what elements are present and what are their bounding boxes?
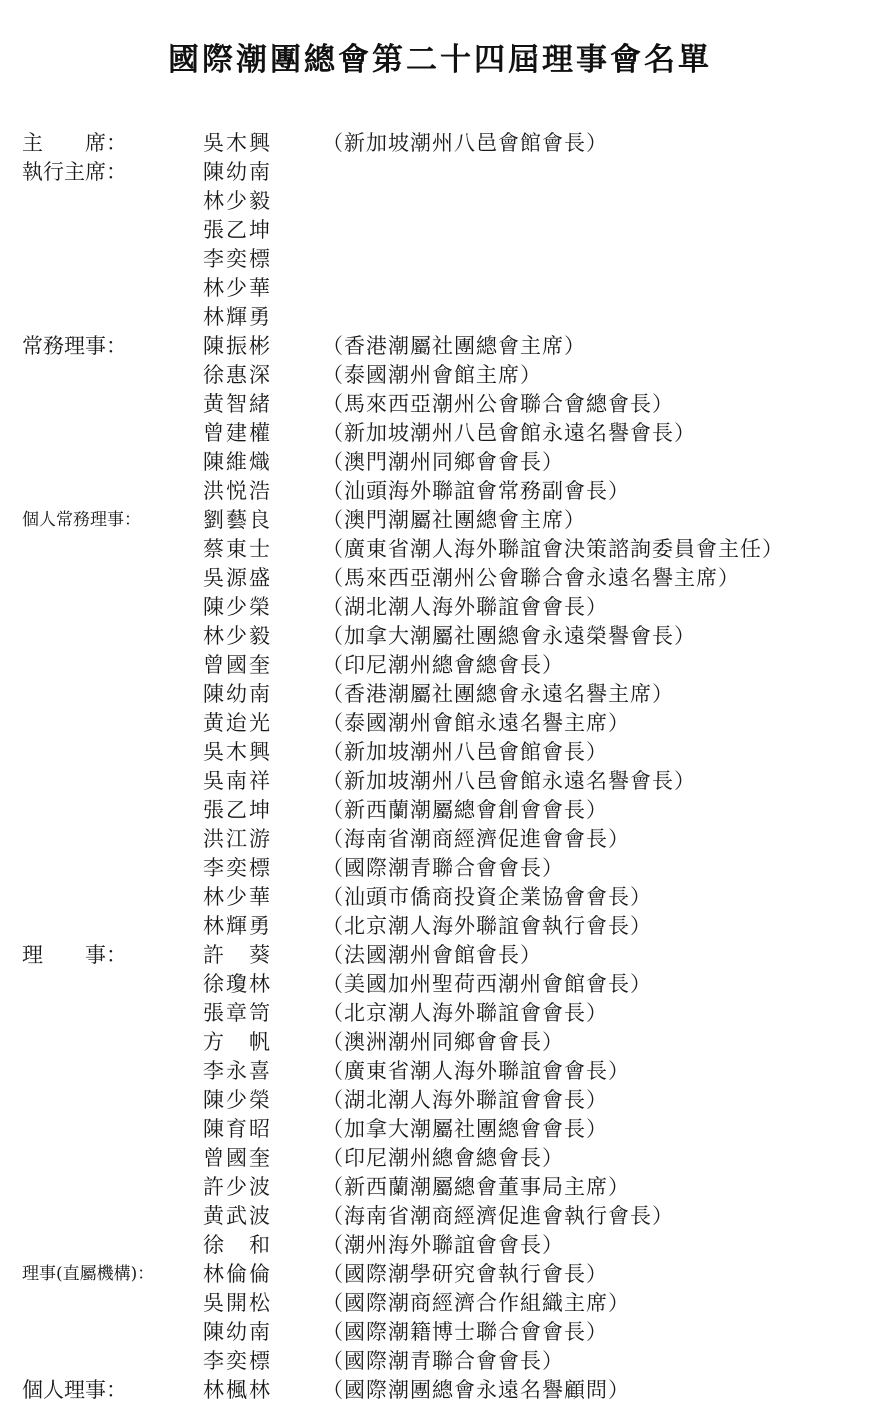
member-name: 陳幼南 (203, 680, 272, 709)
member-organization: （印尼潮州總會總會長） (322, 1144, 564, 1173)
roster-row: 黄武波（海南省潮商經濟促進會執行會長） (0, 1202, 880, 1231)
member-organization: （新加坡潮州八邑會館永遠名譽會長） (322, 767, 696, 796)
member-organization: （汕頭海外聯誼會常務副會長） (322, 477, 630, 506)
roster-row: 陳維熾（澳門潮州同鄉會會長） (0, 448, 880, 477)
member-organization: （加拿大潮屬社團總會會長） (322, 1115, 608, 1144)
member-name: 李奕標 (203, 854, 272, 883)
member-name: 徐瓊林 (203, 970, 272, 999)
member-name: 陳少榮 (203, 1086, 272, 1115)
member-organization: （國際潮青聯合會會長） (322, 854, 564, 883)
position-label: 理事(直屬機構)： (22, 1260, 154, 1289)
member-name: 陳振彬 (203, 332, 272, 361)
member-name: 方 帆 (203, 1028, 272, 1057)
roster-row: 陳少榮（湖北潮人海外聯誼會會長） (0, 1086, 880, 1115)
member-organization: （湖北潮人海外聯誼會會長） (322, 593, 608, 622)
council-roster: 主 席：吳木興（新加坡潮州八邑會館會長）執行主席：陳幼南林少毅張乙坤李奕標林少華… (0, 129, 880, 1405)
member-name: 張乙坤 (203, 216, 272, 245)
roster-row: 林少華（汕頭市僑商投資企業協會會長） (0, 883, 880, 912)
roster-row: 陳育昭（加拿大潮屬社團總會會長） (0, 1115, 880, 1144)
position-label: 執行主席： (22, 158, 127, 187)
roster-row: 李奕標（國際潮青聯合會會長） (0, 854, 880, 883)
roster-row: 徐 和（潮州海外聯誼會會長） (0, 1231, 880, 1260)
roster-row: 常務理事：陳振彬（香港潮屬社團總會主席） (0, 332, 880, 361)
member-organization: （海南省潮商經濟促進會執行會長） (322, 1202, 674, 1231)
member-organization: （國際潮團總會永遠名譽顧問） (322, 1376, 630, 1405)
roster-row: 張乙坤（新西蘭潮屬總會創會會長） (0, 796, 880, 825)
member-organization: （國際潮學研究會執行會長） (322, 1260, 608, 1289)
roster-row: 林少毅（加拿大潮屬社團總會永遠榮譽會長） (0, 622, 880, 651)
member-name: 陳少榮 (203, 593, 272, 622)
member-name: 陳幼南 (203, 1318, 272, 1347)
roster-row: 主 席：吳木興（新加坡潮州八邑會館會長） (0, 129, 880, 158)
member-organization: （北京潮人海外聯誼會會長） (322, 999, 608, 1028)
member-organization: （新加坡潮州八邑會館會長） (322, 129, 608, 158)
member-name: 李奕標 (203, 1347, 272, 1376)
member-organization: （加拿大潮屬社團總會永遠榮譽會長） (322, 622, 696, 651)
member-organization: （泰國潮州會館主席） (322, 361, 542, 390)
member-organization: （廣東省潮人海外聯誼會會長） (322, 1057, 630, 1086)
member-name: 蔡東士 (203, 535, 272, 564)
member-organization: （北京潮人海外聯誼會執行會長） (322, 912, 652, 941)
roster-row: 洪江游（海南省潮商經濟促進會會長） (0, 825, 880, 854)
roster-row: 林少毅 (0, 187, 880, 216)
member-organization: （新西蘭潮屬總會董事局主席） (322, 1173, 630, 1202)
roster-row: 理 事：許 葵（法國潮州會館會長） (0, 941, 880, 970)
member-name: 徐 和 (203, 1231, 272, 1260)
member-organization: （馬來西亞潮州公會聯合會總會長） (322, 390, 674, 419)
member-organization: （香港潮屬社團總會永遠名譽主席） (322, 680, 674, 709)
member-name: 吳木興 (203, 129, 272, 158)
member-name: 林少毅 (203, 187, 272, 216)
roster-row: 黄智緒（馬來西亞潮州公會聯合會總會長） (0, 390, 880, 419)
roster-row: 曾國奎（印尼潮州總會總會長） (0, 1144, 880, 1173)
member-name: 張乙坤 (203, 796, 272, 825)
member-organization: （澳門潮州同鄉會會長） (322, 448, 564, 477)
member-organization: （國際潮青聯合會會長） (322, 1347, 564, 1376)
roster-row: 吳源盛（馬來西亞潮州公會聯合會永遠名譽主席） (0, 564, 880, 593)
roster-row: 林輝勇（北京潮人海外聯誼會執行會長） (0, 912, 880, 941)
member-name: 吳南祥 (203, 767, 272, 796)
member-name: 曾國奎 (203, 651, 272, 680)
roster-row: 陳少榮（湖北潮人海外聯誼會會長） (0, 593, 880, 622)
member-name: 吳木興 (203, 738, 272, 767)
roster-row: 陳幼南（香港潮屬社團總會永遠名譽主席） (0, 680, 880, 709)
roster-row: 方 帆（澳洲潮州同鄉會會長） (0, 1028, 880, 1057)
member-name: 曾國奎 (203, 1144, 272, 1173)
roster-row: 吳木興（新加坡潮州八邑會館會長） (0, 738, 880, 767)
member-name: 曾建權 (203, 419, 272, 448)
position-label: 個人理事： (22, 1376, 127, 1405)
member-name: 李奕標 (203, 245, 272, 274)
roster-row: 李奕標 (0, 245, 880, 274)
position-label: 主 席： (22, 129, 127, 158)
position-label: 常務理事： (22, 332, 127, 361)
member-name: 吳源盛 (203, 564, 272, 593)
roster-row: 蔡東士（廣東省潮人海外聯誼會決策諮詢委員會主任） (0, 535, 880, 564)
roster-row: 張乙坤 (0, 216, 880, 245)
member-organization: （國際潮商經濟合作組織主席） (322, 1289, 630, 1318)
member-organization: （香港潮屬社團總會主席） (322, 332, 586, 361)
member-name: 林輝勇 (203, 912, 272, 941)
roster-row: 執行主席：陳幼南 (0, 158, 880, 187)
member-name: 陳幼南 (203, 158, 272, 187)
roster-row: 洪悦浩（汕頭海外聯誼會常務副會長） (0, 477, 880, 506)
member-name: 林少華 (203, 274, 272, 303)
roster-row: 李奕標（國際潮青聯合會會長） (0, 1347, 880, 1376)
member-name: 洪悦浩 (203, 477, 272, 506)
member-organization: （新加坡潮州八邑會館會長） (322, 738, 608, 767)
member-name: 陳維熾 (203, 448, 272, 477)
roster-row: 林輝勇 (0, 303, 880, 332)
member-name: 林倫倫 (203, 1260, 272, 1289)
member-organization: （國際潮籍博士聯合會會長） (322, 1318, 608, 1347)
member-organization: （法國潮州會館會長） (322, 941, 542, 970)
member-name: 徐惠深 (203, 361, 272, 390)
member-organization: （廣東省潮人海外聯誼會決策諮詢委員會主任） (322, 535, 784, 564)
member-organization: （馬來西亞潮州公會聯合會永遠名譽主席） (322, 564, 740, 593)
member-name: 林少毅 (203, 622, 272, 651)
roster-row: 黄迨光（泰國潮州會館永遠名譽主席） (0, 709, 880, 738)
roster-row: 許少波（新西蘭潮屬總會董事局主席） (0, 1173, 880, 1202)
member-organization: （新西蘭潮屬總會創會會長） (322, 796, 608, 825)
roster-row: 吳開松（國際潮商經濟合作組織主席） (0, 1289, 880, 1318)
member-name: 許 葵 (203, 941, 272, 970)
member-name: 吳開松 (203, 1289, 272, 1318)
member-name: 許少波 (203, 1173, 272, 1202)
member-organization: （美國加州聖荷西潮州會館會長） (322, 970, 652, 999)
member-name: 黄迨光 (203, 709, 272, 738)
roster-row: 個人常務理事：劉藝良（澳門潮屬社團總會主席） (0, 506, 880, 535)
roster-row: 徐瓊林（美國加州聖荷西潮州會館會長） (0, 970, 880, 999)
member-organization: （泰國潮州會館永遠名譽主席） (322, 709, 630, 738)
roster-row: 林少華 (0, 274, 880, 303)
roster-row: 李永喜（廣東省潮人海外聯誼會會長） (0, 1057, 880, 1086)
member-name: 林楓林 (203, 1376, 272, 1405)
member-name: 劉藝良 (203, 506, 272, 535)
member-organization: （澳洲潮州同鄉會會長） (322, 1028, 564, 1057)
member-name: 林輝勇 (203, 303, 272, 332)
member-organization: （湖北潮人海外聯誼會會長） (322, 1086, 608, 1115)
member-name: 林少華 (203, 883, 272, 912)
member-name: 洪江游 (203, 825, 272, 854)
roster-row: 吳南祥（新加坡潮州八邑會館永遠名譽會長） (0, 767, 880, 796)
member-organization: （印尼潮州總會總會長） (322, 651, 564, 680)
roster-row: 陳幼南（國際潮籍博士聯合會會長） (0, 1318, 880, 1347)
member-organization: （澳門潮屬社團總會主席） (322, 506, 586, 535)
member-name: 陳育昭 (203, 1115, 272, 1144)
member-organization: （新加坡潮州八邑會館永遠名譽會長） (322, 419, 696, 448)
position-label: 個人常務理事： (22, 506, 141, 535)
member-name: 黄智緒 (203, 390, 272, 419)
roster-row: 理事(直屬機構)：林倫倫（國際潮學研究會執行會長） (0, 1260, 880, 1289)
document-title: 國際潮團總會第二十四屆理事會名單 (0, 34, 880, 79)
member-organization: （汕頭市僑商投資企業協會會長） (322, 883, 652, 912)
roster-row: 曾國奎（印尼潮州總會總會長） (0, 651, 880, 680)
member-name: 張章笥 (203, 999, 272, 1028)
roster-row: 徐惠深（泰國潮州會館主席） (0, 361, 880, 390)
roster-row: 個人理事：林楓林（國際潮團總會永遠名譽顧問） (0, 1376, 880, 1405)
roster-row: 張章笥（北京潮人海外聯誼會會長） (0, 999, 880, 1028)
position-label: 理 事： (22, 941, 127, 970)
roster-row: 曾建權（新加坡潮州八邑會館永遠名譽會長） (0, 419, 880, 448)
member-name: 黄武波 (203, 1202, 272, 1231)
member-organization: （海南省潮商經濟促進會會長） (322, 825, 630, 854)
member-name: 李永喜 (203, 1057, 272, 1086)
member-organization: （潮州海外聯誼會會長） (322, 1231, 564, 1260)
